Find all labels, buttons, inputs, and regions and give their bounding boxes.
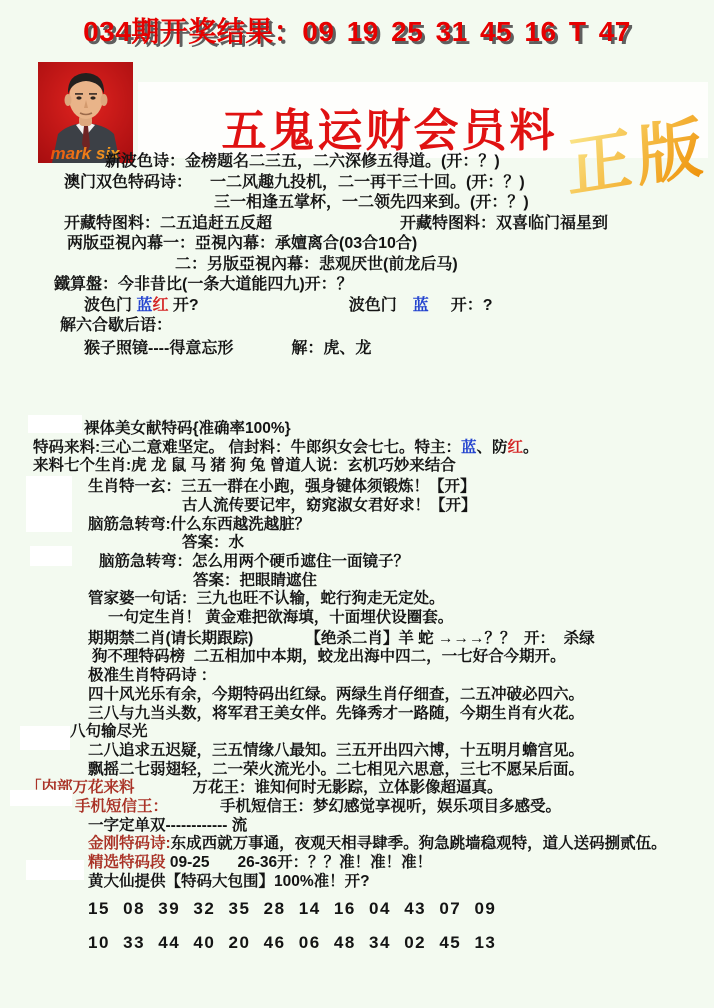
text-segment: 猴子照镜----得意忘形 [84, 340, 233, 357]
text-line: 古人流传要记牢，窈窕淑女君好求！【开】 [182, 497, 714, 516]
text-segment: 生肖特一玄：三五一群在小跑，强身键体须锻炼！【开】 [88, 478, 476, 495]
bottom-number-lines: 15 08 39 32 35 28 14 16 04 43 07 0910 33… [0, 892, 714, 960]
text-segment: 解六合歇后语： [60, 317, 172, 334]
text-line: 一字定单双------------ 流 [88, 817, 714, 836]
text-segment: 三一相逢五掌杯，一二领先四来到。(开：？) [214, 194, 529, 211]
text-segment: 26-36开：？？准！准！准！ [237, 854, 432, 871]
text-line: 10 33 44 40 20 46 06 48 34 02 45 13 [88, 926, 714, 960]
text-segment: 答案：水 [182, 534, 244, 551]
text-segment: 两版亞視內幕一：亞視內幕：承嬗离合(03合10合) [67, 235, 417, 252]
text-segment: 黄大仙提供【特码大包围】100%准！开? [88, 873, 370, 890]
text-line: 「内部万花来料万花王：谁知何时无影踪，立体影像超逼真。 [26, 779, 714, 798]
text-segment: 一二风趣九投机，二一再干三十回。(开：？) [210, 174, 525, 191]
text-segment: 精选特码段 [88, 854, 166, 871]
text-segment: 蓝 [461, 439, 477, 456]
text-line: 15 08 39 32 35 28 14 16 04 43 07 09 [88, 892, 714, 926]
text-segment: 澳门双色特码诗： [64, 174, 192, 191]
text-line: 生肖特一玄：三五一群在小跑，强身键体须锻炼！【开】 [88, 478, 714, 497]
text-line: 猴子照镜----得意忘形解：虎、龙 [84, 339, 714, 360]
text-segment: 、防 [477, 439, 508, 456]
text-line: 特码来料:三心二意难坚定。 信封料：牛郎织女会七七。特主：蓝、防红。 [33, 439, 714, 458]
text-segment: 蓝 [413, 297, 429, 314]
text-segment: 管家婆一句话：三九也旺不认输，蛇行狗走无定处。 [88, 590, 445, 607]
whiteout-patch [26, 476, 72, 532]
text-segment: 二八追求五迟疑，三五情缘八最知。三五开出四六博，十五明月蟾宫见。 [88, 742, 584, 759]
text-line: 脑筋急转弯:什么东西越洗越脏？ [88, 516, 714, 535]
text-line: 一句定生肖！ 黄金难把欲海填，十面埋伏设圈套。 [108, 609, 714, 628]
text-line: 飘摇二七弱翅轻，二一荣火流光小。二七相见六思意，三七不愿呆后面。 [88, 761, 714, 780]
text-segment: 金刚特码诗: [88, 835, 171, 852]
text-line: 脑筋急转弯：怎么用两个硬币遮住一面镜子？ [99, 553, 714, 572]
text-segment: 【绝杀二肖】羊 蛇 →→→？？ 开： 杀绿 [305, 630, 594, 647]
whiteout-patch [10, 790, 72, 806]
text-line: 二：另版亞視內幕：悲观厌世(前龙后马) [175, 255, 714, 276]
text-segment: 开藏特图料：双喜临门福星到 [400, 215, 608, 232]
text-segment: 波色门 [349, 297, 397, 314]
text-segment: 狗不理特码榜 二五相加中本期，蛟龙出海中四二，一七好合今期开。 [92, 648, 566, 665]
text-line: 极准生肖特码诗 ： [88, 667, 714, 686]
text-segment: 飘摇二七弱翅轻，二一荣火流光小。二七相见六思意，三七不愿呆后面。 [88, 761, 584, 778]
text-line: 八句输尽光 [70, 723, 714, 742]
text-segment: 蓝 [136, 297, 152, 314]
text-line: 两版亞視內幕一：亞視內幕：承嬗离合(03合10合) [67, 234, 714, 255]
body-section-lines: 裸体美女献特码{准确率100%}特码来料:三心二意难坚定。 信封料：牛郎织女会七… [0, 420, 714, 892]
text-line: 黄大仙提供【特码大包围】100%准！开? [88, 873, 714, 892]
text-segment: 万花王：谁知何时无影踪，立体影像超逼真。 [193, 779, 503, 796]
whiteout-patch [26, 860, 84, 880]
text-line: 三八与九当头数，将军君王美女伴。先锋秀才一路随，今期生肖有火花。 [88, 705, 714, 724]
text-segment: 10 33 44 40 20 46 06 48 34 02 45 13 [88, 933, 496, 952]
text-segment: 东成西就万事通，夜观天相寻肆季。狗急跳墙稳观特，道人送码捌贰伍。 [171, 835, 667, 852]
text-segment: 四十风光乐有余，今期特码出红绿。两绿生肖仔细查，二五冲破必四六。 [88, 686, 584, 703]
text-segment: 八句输尽光 [70, 723, 148, 740]
text-segment: 开? [168, 297, 198, 314]
top-section-lines: 新波色诗：金榜题名二三五，二六深修五得道。(开：？)澳门双色特码诗：一二风趣九投… [0, 152, 714, 359]
whiteout-patch [20, 726, 70, 750]
text-segment: 09-25 [166, 854, 210, 871]
portrait-photo-graphic: mark six [38, 62, 133, 163]
page-title: 五鬼运财会员料 [160, 94, 619, 159]
text-segment: 。 [523, 439, 539, 456]
text-line: 二八追求五迟疑，三五情缘八最知。三五开出四六博，十五明月蟾宫见。 [88, 742, 714, 761]
text-segment: 鐵算盤：今非昔比(一条大道能四九)开：？ [54, 276, 353, 293]
text-line: 裸体美女献特码{准确率100%} [84, 420, 714, 439]
text-line: 期期禁二肖(请长期跟踪)【绝杀二肖】羊 蛇 →→→？？ 开： 杀绿 [88, 630, 714, 649]
text-segment: 一句定生肖！ 黄金难把欲海填，十面埋伏设圈套。 [108, 609, 453, 626]
text-segment: 来料七个生肖:虎 龙 鼠 马 猪 狗 兔 曾道人说：玄机巧妙来结合 [33, 457, 456, 474]
text-segment: 极准生肖特码诗 ： [88, 667, 216, 684]
portrait-photo: mark six [38, 62, 133, 163]
text-line: 精选特码段 09-2526-36开：？？准！准！准！ [88, 854, 714, 873]
text-segment: 红 [508, 439, 524, 456]
text-segment: 新波色诗：金榜题名二三五，二六深修五得道。(开：？) [105, 153, 500, 170]
text-segment: 期期禁二肖(请长期跟踪) [88, 630, 253, 647]
text-segment: 答案：把眼睛遮住 [193, 572, 317, 589]
text-line: 来料七个生肖:虎 龙 鼠 马 猪 狗 兔 曾道人说：玄机巧妙来结合 [33, 457, 714, 476]
text-segment: 开藏特图料：二五追赶五反超 [64, 215, 272, 232]
text-segment: 15 08 39 32 35 28 14 16 04 43 07 09 [88, 899, 496, 918]
text-line: 三一相逢五掌杯，一二领先四来到。(开：？) [214, 193, 714, 214]
text-segment: 红 [152, 297, 168, 314]
text-segment: 二：另版亞視內幕：悲观厌世(前龙后马) [175, 256, 458, 273]
text-line: 手机短信王：手机短信王：梦幻感觉享视听，娱乐项目多感受。 [75, 798, 714, 817]
text-segment: 三八与九当头数，将军君王美女伴。先锋秀才一路随，今期生肖有火花。 [88, 705, 584, 722]
draw-result-header: 034期开奖结果：09 19 25 31 45 16 T 47 [0, 10, 714, 50]
text-segment: 手机短信王：梦幻感觉享视听，娱乐项目多感受。 [220, 798, 561, 815]
whiteout-patch [28, 415, 82, 433]
text-segment: 古人流传要记牢，窈窕淑女君好求！【开】 [182, 497, 477, 514]
text-line: 四十风光乐有余，今期特码出红绿。两绿生肖仔细查，二五冲破必四六。 [88, 686, 714, 705]
text-segment: 开：? [451, 297, 493, 314]
text-line: 解六合歇后语： [60, 316, 714, 337]
text-line: 澳门双色特码诗：一二风趣九投机，二一再干三十回。(开：？) [64, 173, 714, 194]
text-line: 管家婆一句话：三九也旺不认输，蛇行狗走无定处。 [88, 590, 714, 609]
text-line: 开藏特图料：二五追赶五反超开藏特图料：双喜临门福星到 [64, 214, 714, 235]
whiteout-patch [30, 546, 72, 566]
text-line: 答案：把眼睛遮住 [193, 572, 714, 591]
text-line: 答案：水 [182, 534, 714, 553]
text-line: 鐵算盤：今非昔比(一条大道能四九)开：？ [54, 275, 714, 296]
text-segment: 手机短信王： [75, 798, 168, 815]
text-segment: 特码来料:三心二意难坚定。 信封料：牛郎织女会七七。特主： [33, 439, 461, 456]
text-segment: 脑筋急转弯:什么东西越洗越脏？ [88, 516, 310, 533]
text-segment: 解：虎、龙 [291, 340, 371, 357]
text-line: 金刚特码诗:东成西就万事通，夜观天相寻肆季。狗急跳墙稳观特，道人送码捌贰伍。 [88, 835, 714, 854]
text-segment: 波色门 [84, 297, 136, 314]
text-line: 狗不理特码榜 二五相加中本期，蛟龙出海中四二，一七好合今期开。 [92, 648, 714, 667]
text-segment: 裸体美女献特码{准确率100%} [84, 420, 291, 437]
text-line: 新波色诗：金榜题名二三五，二六深修五得道。(开：？) [105, 152, 714, 173]
text-line: 波色门 蓝红 开?波色门蓝开：? [84, 296, 714, 317]
text-segment: 脑筋急转弯：怎么用两个硬币遮住一面镜子？ [99, 553, 409, 570]
text-segment: 一字定单双------------ 流 [88, 817, 247, 834]
